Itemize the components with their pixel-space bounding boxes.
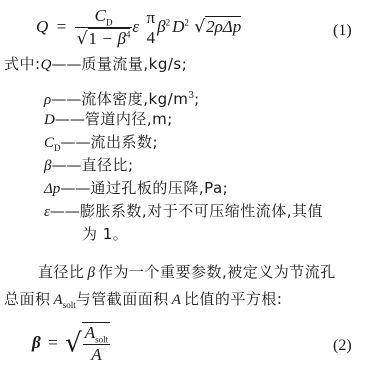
eq2-fraction: Asolt A (83, 323, 110, 365)
equation-1: Q = CD √1 − β4 ε π 4 β2D2 √2ρΔp (36, 6, 241, 49)
eq1-cd-var: C (95, 6, 106, 25)
eq1-equals: = (57, 17, 67, 36)
eq1-cd-sub: D (106, 17, 113, 27)
eq1-sqrt-content: 2ρΔp (205, 16, 241, 37)
eq1-lhs: Q (36, 17, 48, 36)
sqrt-icon: √ (65, 329, 82, 359)
definitions-intro: 式中: (4, 55, 41, 73)
sqrt-icon: √ (194, 17, 205, 37)
eq1-epsilon: ε (132, 17, 139, 36)
definition-item-epsilon: ε——膨胀系数,对于不可压缩性流体,其值 (44, 201, 323, 222)
equation-2: β = √ Asolt A (32, 322, 110, 365)
definition-item-epsilon-cont: 为 1。 (82, 224, 128, 244)
paragraph-line-1: 直径比β作为一个重要参数,被定义为节流孔 (38, 262, 336, 283)
sqrt-icon: √ (77, 29, 88, 49)
eq1-den-radicand: 1 − β4 (88, 28, 131, 49)
definition-item-delta-p: Δp——通过孔板的压降,Pa; (44, 178, 228, 199)
equation-1-number: (1) (333, 22, 352, 40)
eq1-pi-over-4: π 4 (145, 8, 158, 48)
definition-item-q: 式中:Q——质量流量,kg/s; (4, 54, 187, 75)
paragraph-line-2: 总面积Asolt与管截面面积A比值的平方根: (4, 289, 282, 315)
definition-item-rho: ρ——流体密度,kg/m3; (44, 86, 200, 110)
equation-2-number: (2) (333, 337, 352, 355)
definition-item-d: D——管道内径,m; (44, 109, 173, 130)
definition-item-beta: β——直径比; (44, 155, 134, 176)
eq1-fraction: CD √1 − β4 (75, 6, 133, 49)
